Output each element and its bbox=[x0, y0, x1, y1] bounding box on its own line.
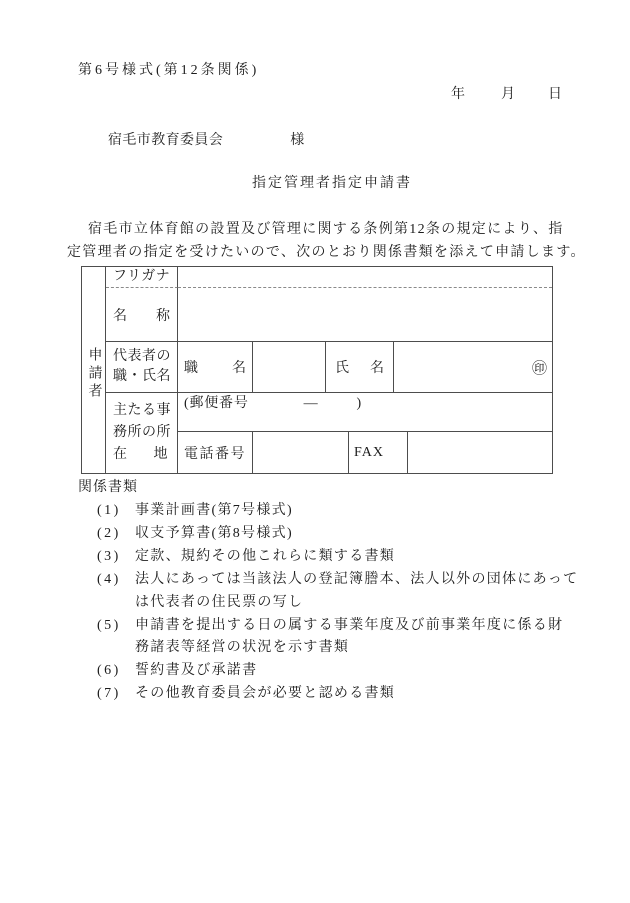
representative-row: 職 名 氏 名 ㊞ bbox=[178, 342, 552, 393]
job-title-label-second: 名 bbox=[232, 357, 246, 377]
body-line-1: 宿毛市立体育館の設置及び管理に関する条例第12条の規定により、指 bbox=[67, 219, 602, 242]
document-item-4: (4) 法人にあっては当該法人の登記簿謄本、法人以外の団体にあって は代表者の住… bbox=[97, 569, 607, 615]
document-item-5-text-line2: 務諸表等経営の状況を示す書類 bbox=[135, 637, 607, 660]
document-item-2: (2) 収支予算書(第8号様式) bbox=[97, 523, 607, 546]
addressee-line: 宿毛市教育委員会様 bbox=[108, 133, 305, 149]
postal-dash: ― bbox=[304, 396, 319, 411]
document-item-6-text: 誓約書及び承諾書 bbox=[135, 660, 607, 683]
date-day-label: 日 bbox=[548, 87, 562, 102]
document-item-7-text: その他教育委員会が必要と認める書類 bbox=[135, 683, 607, 706]
document-item-2-number: (2) bbox=[97, 523, 135, 546]
document-item-3-number: (3) bbox=[97, 546, 135, 569]
document-item-4-text-line2: は代表者の住民票の写し bbox=[135, 592, 607, 615]
document-item-6: (6) 誓約書及び承諾書 bbox=[97, 660, 607, 683]
document-item-1: (1) 事業計画書(第7号様式) bbox=[97, 500, 607, 523]
postal-code-row: (郵便番号―) bbox=[178, 393, 552, 432]
body-paragraph: 宿毛市立体育館の設置及び管理に関する条例第12条の規定により、指 定管理者の指定… bbox=[67, 219, 602, 264]
document-item-5-text-line1: 申請書を提出する日の属する事業年度及び前事業年度に係る財 bbox=[135, 615, 607, 638]
documents-heading: 関係書類 bbox=[78, 480, 138, 496]
date-month-label: 月 bbox=[501, 87, 515, 102]
date-year-label: 年 bbox=[451, 87, 465, 102]
person-name-label-second: 名 bbox=[370, 357, 384, 377]
representative-label-line1: 代表者の bbox=[113, 347, 177, 367]
form-number: 第6号様式(第12条関係) bbox=[78, 63, 259, 79]
representative-label-cell: 代表者の 職・氏名 bbox=[106, 342, 178, 393]
document-item-1-text: 事業計画書(第7号様式) bbox=[135, 500, 607, 523]
name-label-cell: 名 称 bbox=[106, 288, 178, 342]
document-item-7: (7) その他教育委員会が必要と認める書類 bbox=[97, 683, 607, 706]
document-item-3-text: 定款、規約その他これらに類する書類 bbox=[135, 546, 607, 569]
phone-fax-row: 電話番号 FAX bbox=[178, 432, 552, 473]
office-address-label-line1: 主たる事 bbox=[113, 400, 177, 422]
person-name-label-cell: 氏 名 bbox=[326, 342, 394, 392]
office-address-label-line2: 務所の所 bbox=[113, 422, 177, 444]
document-item-4-text-line1: 法人にあっては当該法人の登記簿謄本、法人以外の団体にあって bbox=[135, 569, 607, 592]
addressee-honorific: 様 bbox=[290, 133, 304, 148]
document-item-2-text: 収支予算書(第8号様式) bbox=[135, 523, 607, 546]
document-item-4-number: (4) bbox=[97, 569, 135, 615]
name-label-first: 名 bbox=[113, 305, 127, 325]
name-label-second: 称 bbox=[156, 305, 170, 325]
person-name-label-first: 氏 bbox=[335, 357, 349, 377]
office-address-label-cell: 主たる事 務所の所 在 地 bbox=[106, 393, 178, 473]
fax-value-cell bbox=[408, 432, 552, 473]
document-item-5: (5) 申請書を提出する日の属する事業年度及び前事業年度に係る財 務諸表等経営の… bbox=[97, 615, 607, 661]
job-title-label-first: 職 bbox=[184, 357, 198, 377]
document-item-3: (3) 定款、規約その他これらに類する書類 bbox=[97, 546, 607, 569]
document-item-1-number: (1) bbox=[97, 500, 135, 523]
name-value-cell bbox=[178, 288, 552, 342]
seal-mark-icon: ㊞ bbox=[532, 357, 547, 378]
postal-close-label: ) bbox=[356, 396, 361, 411]
furigana-value-cell bbox=[178, 267, 552, 288]
phone-label-cell: 電話番号 bbox=[178, 432, 253, 473]
page-title: 指定管理者指定申請書 bbox=[252, 176, 412, 192]
office-address-label-line3-first: 在 bbox=[113, 444, 128, 466]
document-item-7-number: (7) bbox=[97, 683, 135, 706]
phone-value-cell bbox=[253, 432, 349, 473]
office-address-label-line3: 在 地 bbox=[113, 444, 177, 466]
office-address-label-line3-second: 地 bbox=[154, 444, 169, 466]
applicant-vertical-label: 申請者 bbox=[82, 347, 106, 401]
fax-label-cell: FAX bbox=[349, 432, 408, 473]
date-line: 年月日 bbox=[451, 87, 562, 103]
document-item-6-number: (6) bbox=[97, 660, 135, 683]
application-form-page: 第6号様式(第12条関係) 年月日 宿毛市教育委員会様 指定管理者指定申請書 宿… bbox=[0, 0, 630, 903]
job-title-value-cell bbox=[253, 342, 326, 392]
documents-list: (1) 事業計画書(第7号様式) (2) 収支予算書(第8号様式) (3) 定款… bbox=[97, 500, 607, 706]
applicant-table: 申請者 フリガナ 名 称 代表者の 職・氏名 主たる事 務所の所 在 地 職 名 bbox=[81, 266, 553, 474]
document-item-5-number: (5) bbox=[97, 615, 135, 661]
postal-open-label: (郵便番号 bbox=[184, 396, 249, 411]
addressee-name: 宿毛市教育委員会 bbox=[108, 133, 223, 148]
furigana-label-cell: フリガナ bbox=[106, 267, 178, 288]
person-name-value-cell: ㊞ bbox=[394, 342, 552, 392]
job-title-label-cell: 職 名 bbox=[178, 342, 253, 392]
representative-label-line2: 職・氏名 bbox=[113, 367, 177, 387]
applicant-header-cell: 申請者 bbox=[82, 267, 106, 473]
body-line-2: 定管理者の指定を受けたいので、次のとおり関係書類を添えて申請します。 bbox=[67, 242, 602, 265]
